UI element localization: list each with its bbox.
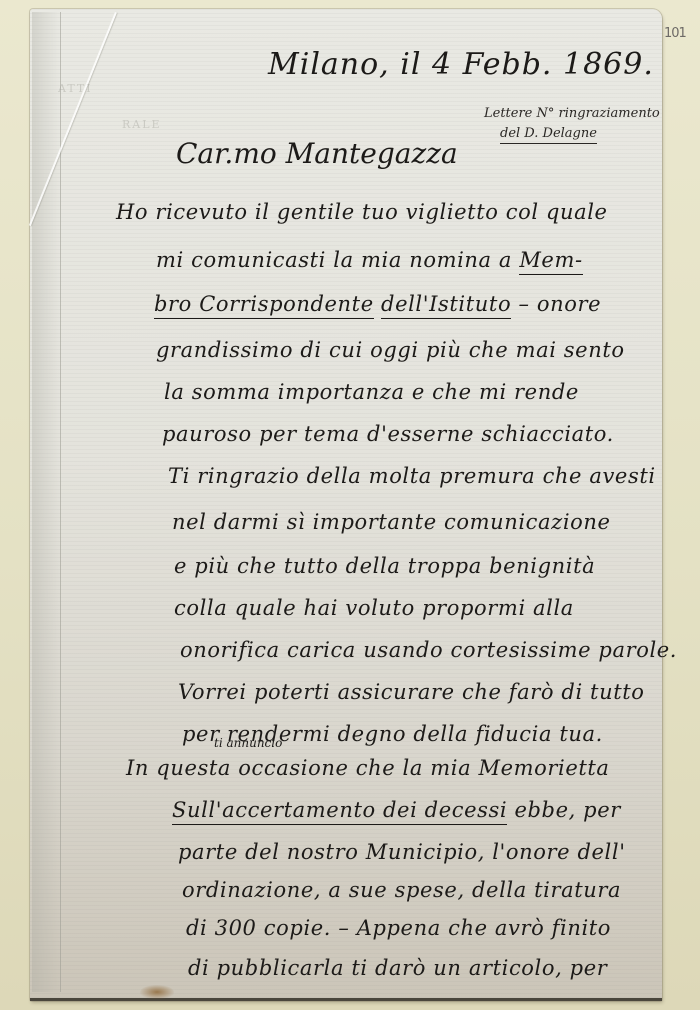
archive-note-line-1: Lettere N° ringraziamento — [484, 106, 660, 121]
body-line-19: di pubblicarla ti darò un articolo, per — [188, 958, 607, 979]
sheet-edge — [30, 998, 662, 1001]
body-line-1: Ho ricevuto il gentile tuo viglietto col… — [116, 202, 608, 223]
body-line-5: la somma importanza e che mi rende — [164, 382, 579, 403]
body-line-11: onorifica carica usando cortesissime par… — [180, 640, 677, 661]
body-line-9: e più che tutto della troppa benignità — [174, 556, 595, 577]
archive-note: Lettere N° ringraziamento del D. Delagne — [484, 104, 660, 144]
body-line-10: colla quale hai voluto propormi alla — [174, 598, 574, 619]
ink-stain — [140, 985, 174, 999]
body-line-4: grandissimo di cui oggi più che mai sent… — [156, 340, 625, 361]
body-line-12: Vorrei poterti assicurare che farò di tu… — [178, 682, 645, 703]
body-line-3: bro Corrispondente dell'Istituto – onore — [154, 294, 601, 315]
body-line-17: ordinazione, a sue spese, della tiratura — [182, 880, 621, 901]
show-through-text: RALE — [122, 118, 162, 131]
show-through-text: ATTI — [58, 82, 93, 95]
archive-page-number: 101 — [664, 26, 686, 41]
body-line-14: In questa occasione che la mia Memoriett… — [126, 758, 610, 779]
place-date: Milano, il 4 Febb. 1869. — [268, 50, 654, 80]
body-line-18: di 300 copie. – Appena che avrò finito — [186, 918, 611, 939]
body-line-16: parte del nostro Municipio, l'onore dell… — [178, 842, 626, 863]
archive-note-line-2: del D. Delagne — [484, 124, 660, 144]
salutation: Car.mo Mantegazza — [176, 140, 458, 168]
body-line-15: Sull'accertamento dei decessi ebbe, per — [172, 800, 621, 821]
body-line-2: mi comunicasti la mia nomina a Mem- — [156, 250, 583, 271]
body-line-6: pauroso per tema d'esserne schiacciato. — [162, 424, 614, 445]
body-line-7: Ti ringrazio della molta premura che ave… — [168, 466, 656, 487]
body-line-8: nel darmi sì importante comunicazione — [172, 512, 611, 533]
interlinear-insertion: ti annuncio — [214, 736, 282, 750]
